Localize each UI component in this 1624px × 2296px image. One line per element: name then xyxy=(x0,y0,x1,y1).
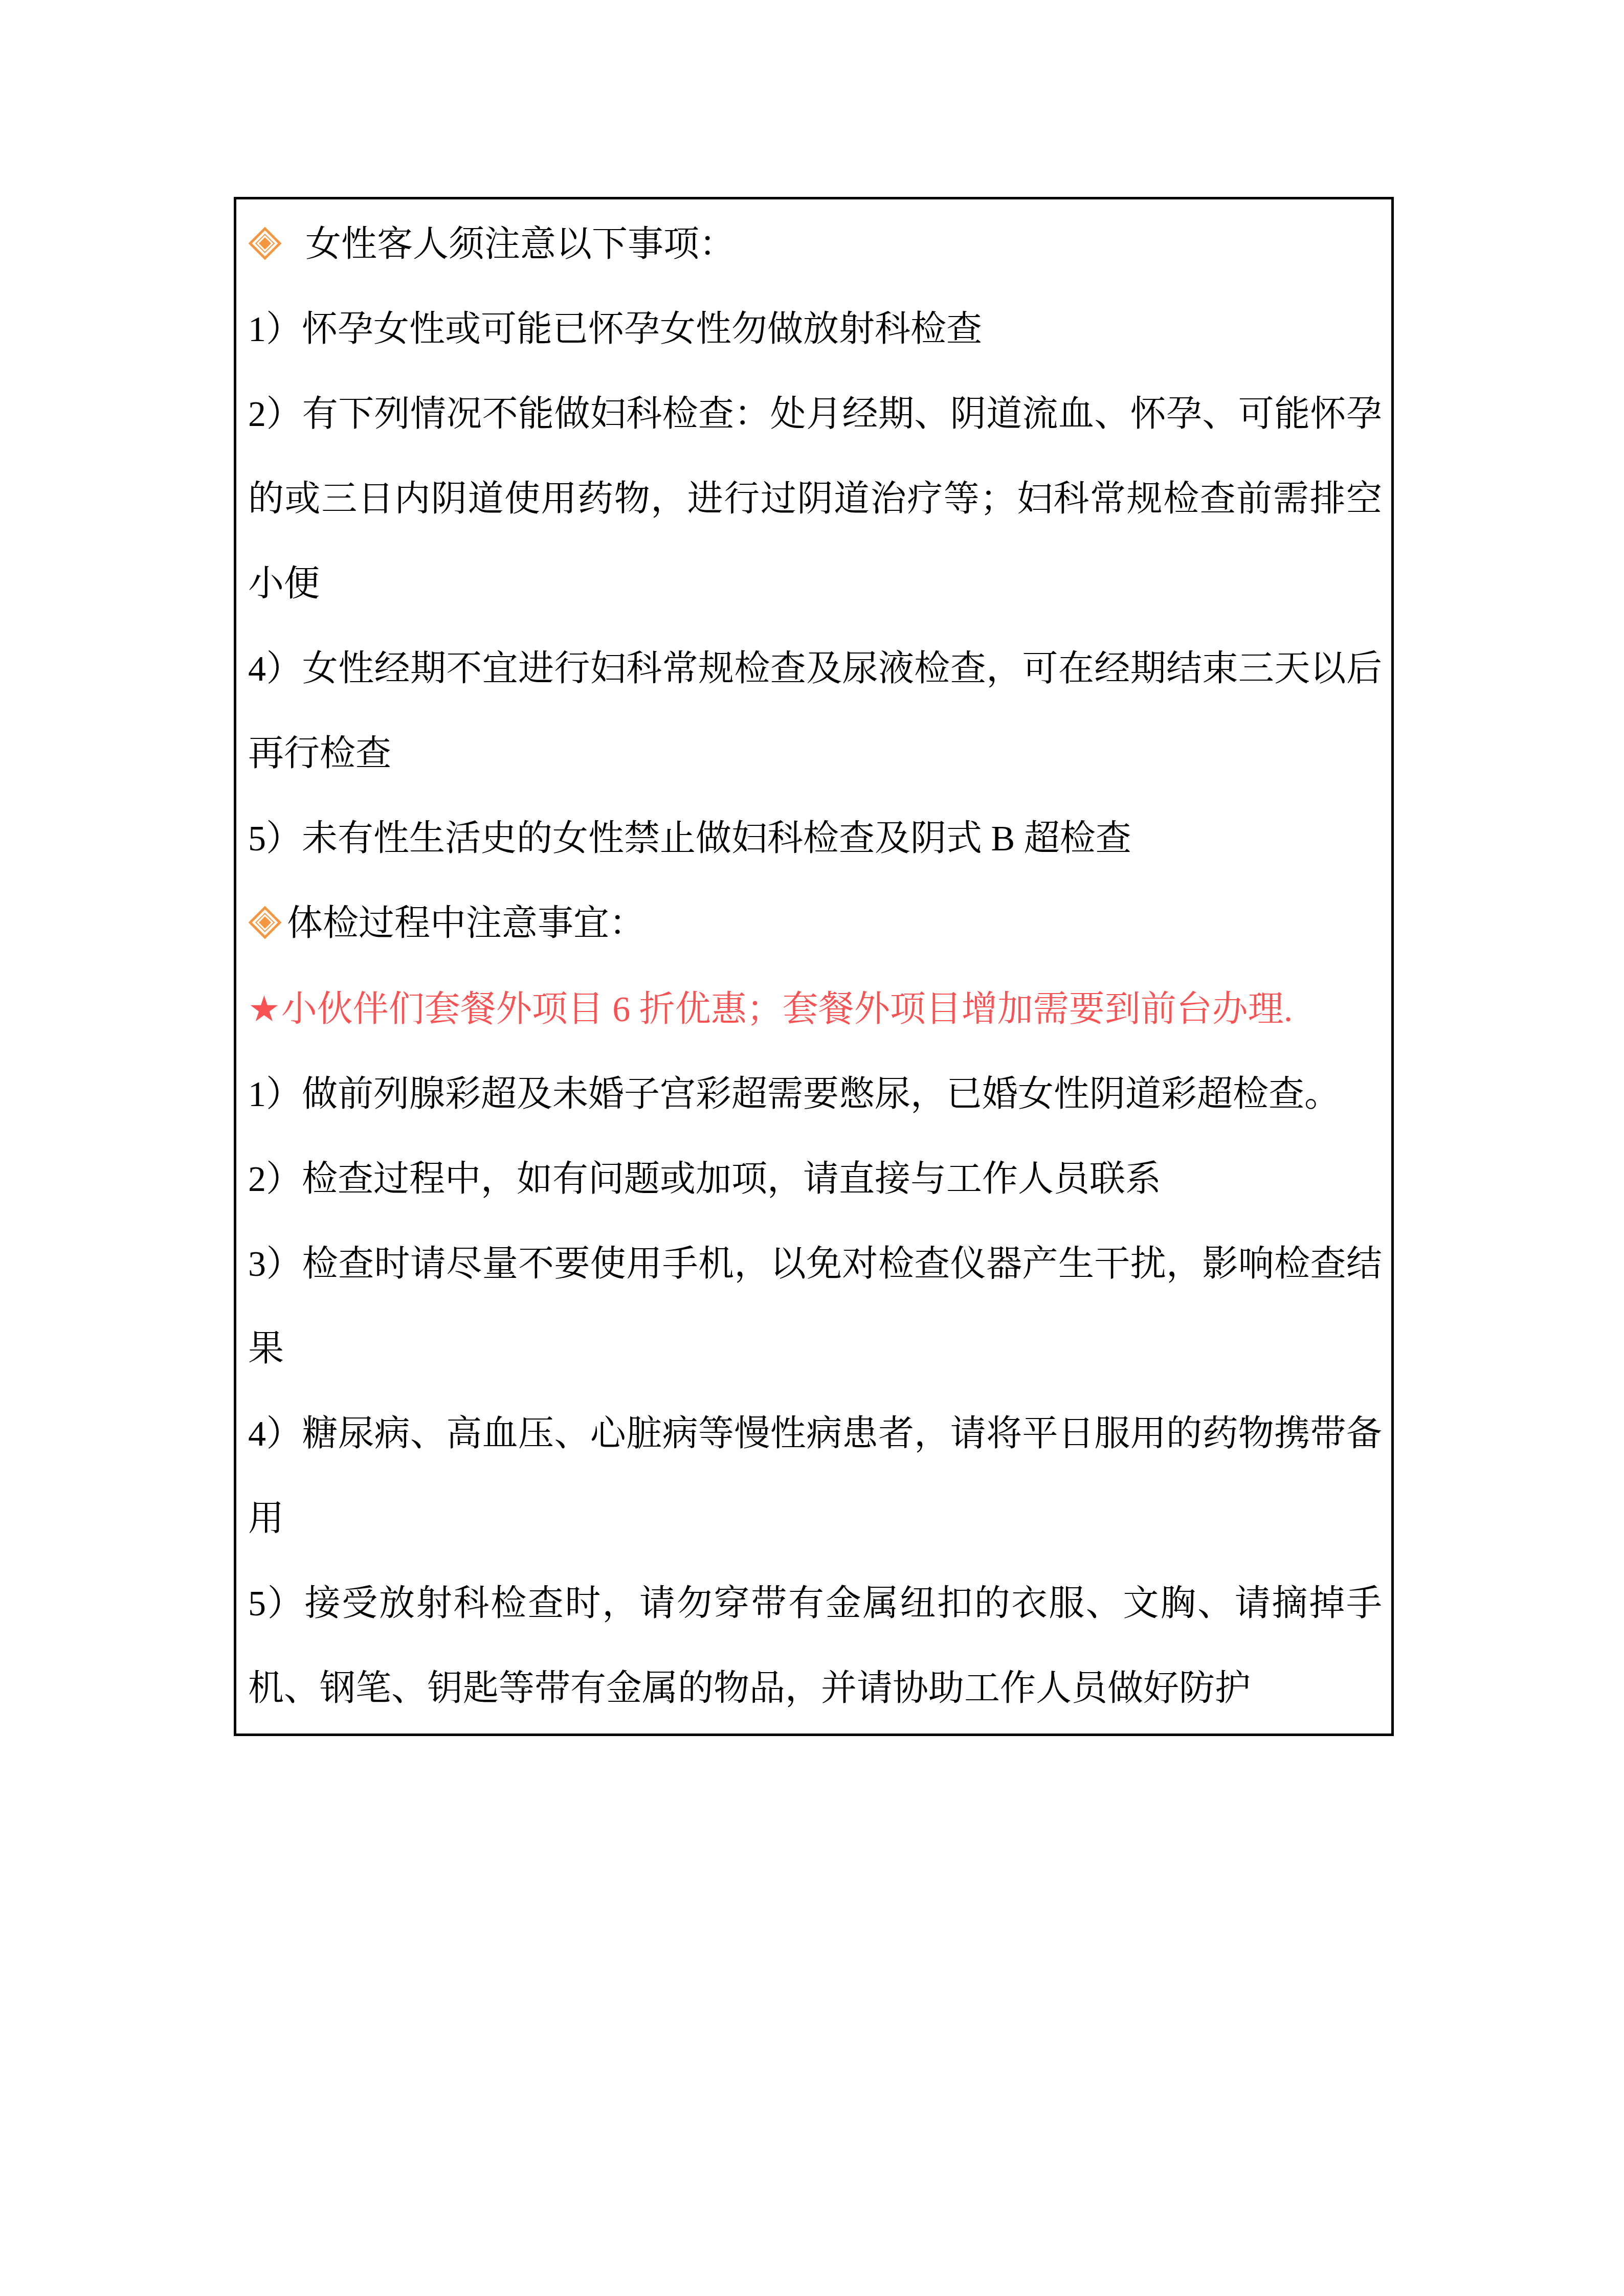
female-item-4: 4）女性经期不宜进行妇科常规检查及尿液检查，可在经期结束三天以后再行检查 xyxy=(248,627,1382,797)
star-icon: ★ xyxy=(248,988,280,1030)
process-item-3: 3）检查时请尽量不要使用手机，以免对检查仪器产生干扰，影响检查结果 xyxy=(248,1222,1382,1392)
process-item-2: 2）检查过程中，如有问题或加项，请直接与工作人员联系 xyxy=(248,1137,1382,1222)
process-section-heading-text: 体检过程中注意事宜： xyxy=(287,904,645,943)
female-section-heading-text: 女性客人须注意以下事项： xyxy=(305,225,735,264)
process-item-5: 5）接受放射科检查时，请勿穿带有金属纽扣的衣服、文胸、请摘掉手机、钢笔、钥匙等带… xyxy=(248,1562,1382,1731)
process-item-1: 1）做前列腺彩超及未婚子宫彩超需要憋尿，已婚女性阴道彩超检查。 xyxy=(248,1052,1382,1137)
process-section-heading: 体检过程中注意事宜： xyxy=(248,882,1382,966)
diamond-icon xyxy=(248,906,282,939)
female-item-5: 5）未有性生活史的女性禁止做妇科检查及阴式 B 超检查 xyxy=(248,797,1382,882)
promo-text: 小伙伴们套餐外项目 6 折优惠；套餐外项目增加需要到前台办理. xyxy=(281,990,1293,1029)
diamond-icon xyxy=(248,227,282,260)
process-item-4: 4）糖尿病、高血压、心脏病等慢性病患者，请将平日服用的药物携带备用 xyxy=(248,1392,1382,1562)
female-item-1: 1）怀孕女性或可能已怀孕女性勿做放射科检查 xyxy=(248,287,1382,372)
female-section-heading: 女性客人须注意以下事项： xyxy=(248,202,1382,287)
female-item-2: 2）有下列情况不能做妇科检查：处月经期、阴道流血、怀孕、可能怀孕的或三日内阴道使… xyxy=(248,372,1382,627)
promo-line: ★小伙伴们套餐外项目 6 折优惠；套餐外项目增加需要到前台办理. xyxy=(248,966,1382,1052)
notice-box: 女性客人须注意以下事项： 1）怀孕女性或可能已怀孕女性勿做放射科检查 2）有下列… xyxy=(234,197,1394,1736)
document-page: 女性客人须注意以下事项： 1）怀孕女性或可能已怀孕女性勿做放射科检查 2）有下列… xyxy=(0,0,1624,2296)
